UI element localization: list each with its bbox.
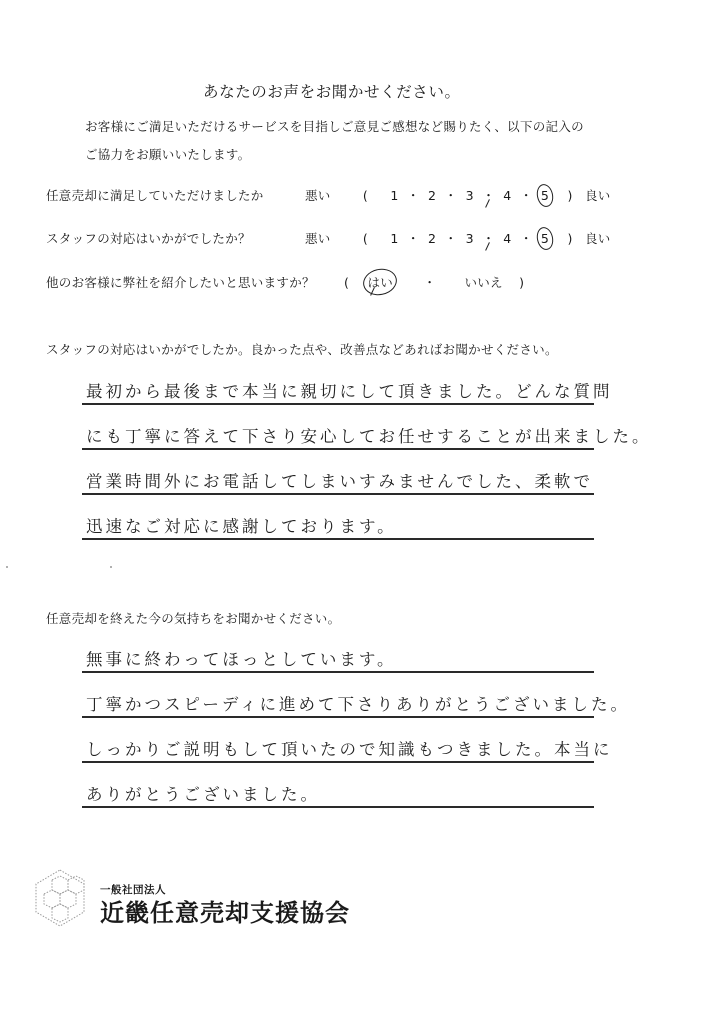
section2-answer-line-3: しっかりご説明もして頂いたので知識もつきました。本当に xyxy=(86,736,613,760)
section2-answer-line-2: 丁寧かつスピーディに進めて下さりありがとうございました。 xyxy=(86,691,630,715)
section1-answer-line-1: 最初から最後まで本当に親切にして頂きました。どんな質問 xyxy=(86,378,613,402)
option-yes-selected[interactable]: はい xyxy=(367,273,393,291)
section2-prompt: 任意売却を終えた今の気持ちをお聞かせください。 xyxy=(46,609,340,627)
referral-options: ( はい ・ いいえ ) xyxy=(344,273,524,291)
referral-question-label: 他のお客様に弊社を紹介したいと思いますか？ xyxy=(46,273,315,291)
answer-rule xyxy=(82,761,594,763)
open-paren: ( xyxy=(344,275,349,290)
answer-rule xyxy=(82,716,594,718)
option-4[interactable]: 4 xyxy=(503,188,511,203)
low-label: 悪い xyxy=(305,231,331,246)
section1-answer-line-4: 迅速なご対応に感謝しております。 xyxy=(86,513,397,537)
option-1[interactable]: 1 xyxy=(390,188,398,203)
org-name: 近畿任意売却支援協会 xyxy=(100,893,350,928)
answer-rule xyxy=(82,538,594,540)
rating-question-1-label: 任意売却に満足していただけましたか xyxy=(46,186,264,204)
option-2[interactable]: 2 xyxy=(428,231,436,246)
section2-answer-line-1: 無事に終わってほっとしています。 xyxy=(86,646,397,670)
close-paren: ) xyxy=(519,275,524,290)
section1-answer-line-2: にも丁寧に答えて下さり安心してお任せすることが出来ました。 xyxy=(86,423,652,447)
open-paren: ( xyxy=(363,231,368,246)
high-label: 良い xyxy=(585,188,611,203)
intro-line-2: ご協力をお願いいたします。 xyxy=(85,145,250,163)
section1-answer-line-3: 営業時間外にお電話してしまいすみませんでした、柔軟で xyxy=(86,468,593,492)
answer-rule xyxy=(82,493,594,495)
close-paren: ) xyxy=(567,188,572,203)
hexagon-cluster-icon xyxy=(28,866,92,930)
rating-question-2-scale: 悪い ( 1 ・ 2 ・ 3 ・ 4 ・ 5 ) 良い xyxy=(305,229,611,247)
rating-question-1-scale: 悪い ( 1 ・ 2 ・ 3 ・ 4 ・ 5 ) 良い xyxy=(305,186,611,204)
option-4[interactable]: 4 xyxy=(503,231,511,246)
option-3[interactable]: 3 xyxy=(466,231,474,246)
answer-rule xyxy=(82,671,594,673)
close-paren: ) xyxy=(567,231,572,246)
high-label: 良い xyxy=(585,231,611,246)
answer-rule xyxy=(82,806,594,808)
open-paren: ( xyxy=(363,188,368,203)
low-label: 悪い xyxy=(305,188,331,203)
answer-rule xyxy=(82,403,594,405)
scan-speck xyxy=(6,566,8,568)
option-3[interactable]: 3 xyxy=(466,188,474,203)
scan-speck xyxy=(110,566,112,568)
intro-line-1: お客様にご満足いただけるサービスを目指しご意見ご感想など賜りたく、以下の記入の xyxy=(85,117,584,135)
option-1[interactable]: 1 xyxy=(390,231,398,246)
answer-rule xyxy=(82,448,594,450)
page-title: あなたのお声をお聞かせください。 xyxy=(203,80,461,102)
section2-answer-line-4: ありがとうございました。 xyxy=(86,781,320,805)
rating-question-2-label: スタッフの対応はいかがでしたか？ xyxy=(46,229,251,247)
option-2[interactable]: 2 xyxy=(428,188,436,203)
section1-prompt: スタッフの対応はいかがでしたか。良かった点や、改善点などあればお聞かせください。 xyxy=(46,340,558,358)
option-5-selected[interactable]: 5 xyxy=(541,188,549,203)
option-no[interactable]: いいえ xyxy=(464,275,502,290)
option-5-selected[interactable]: 5 xyxy=(541,231,549,246)
